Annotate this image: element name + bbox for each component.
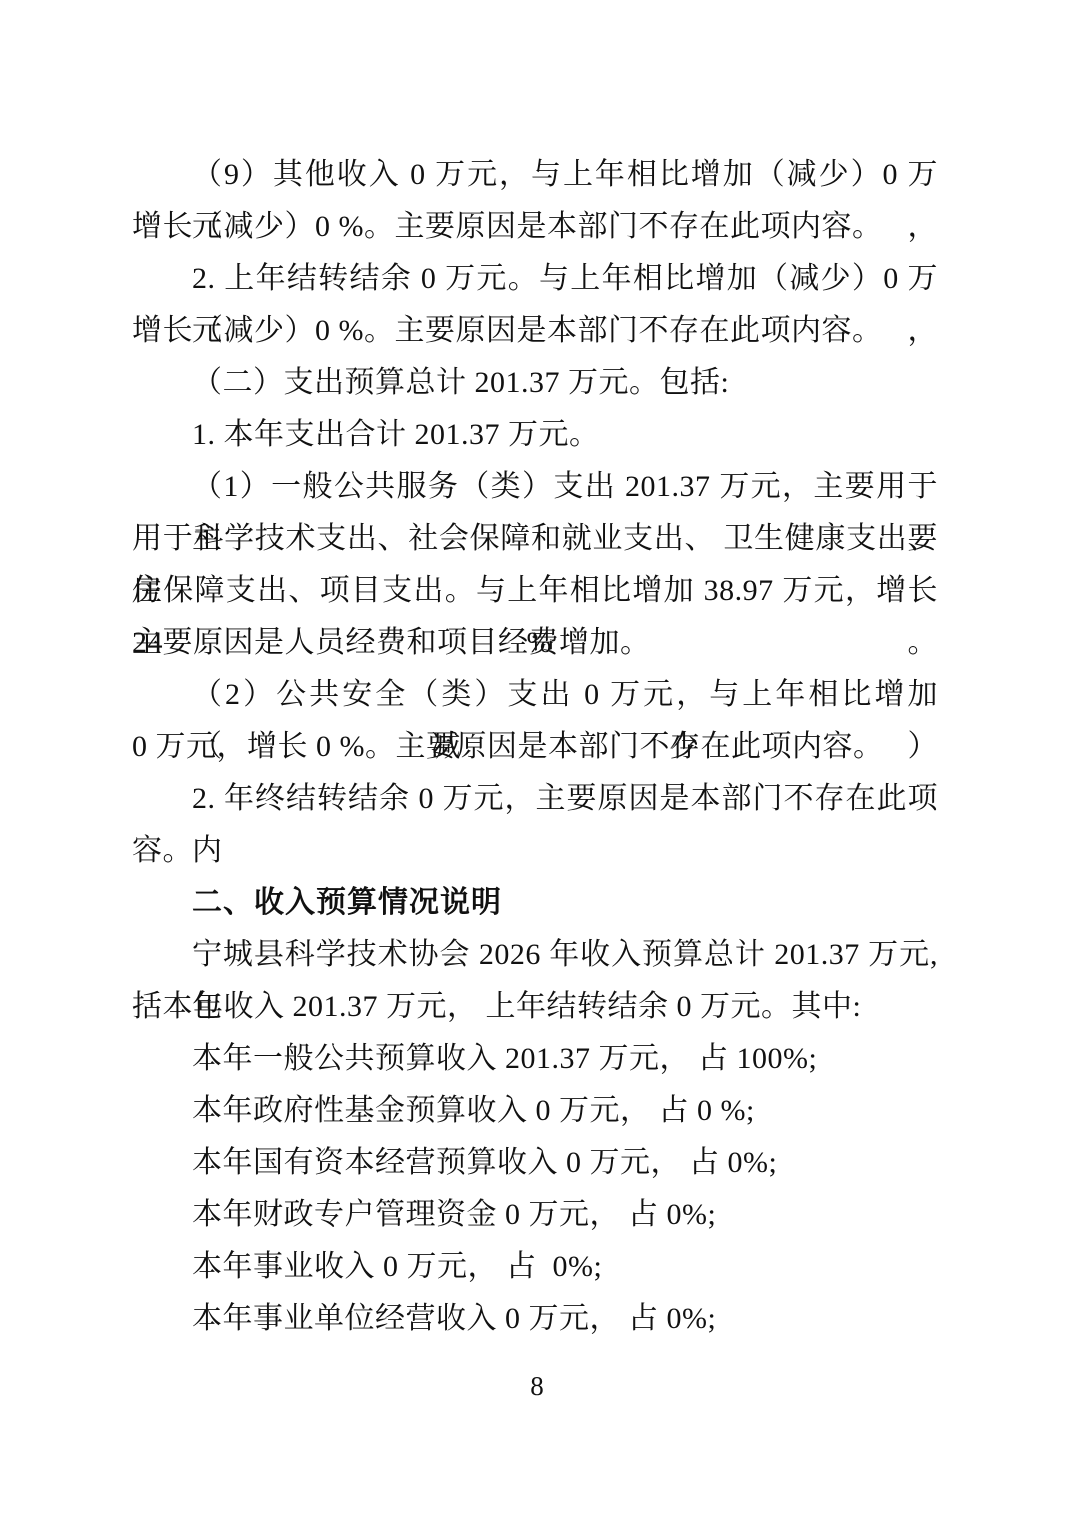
paragraph-year-end-carryover-line1: 2. 年终结转结余 0 万元，主要原因是本部门不存在此项内 <box>132 773 938 825</box>
paragraph-other-income-line2: 增长（减少）0 %。主要原因是本部门不存在此项内容。 <box>132 201 938 253</box>
paragraph-public-security-line1: （2）公共安全（类）支出 0 万元，与上年相比增加（减少） <box>132 669 938 721</box>
paragraph-expenditure-total: （二）支出预算总计 201.37 万元。包括: <box>132 357 938 409</box>
item-fiscal-special-account-funds: 本年财政专户管理资金 0 万元， 占 0%; <box>132 1189 938 1241</box>
document-body: （9）其他收入 0 万元，与上年相比增加（减少）0 万元， 增长（减少）0 %。… <box>132 149 938 1345</box>
paragraph-expenditure-current-year: 1. 本年支出合计 201.37 万元。 <box>132 409 938 461</box>
item-general-public-budget-income: 本年一般公共预算收入 201.37 万元， 占 100%; <box>132 1033 938 1085</box>
section-heading-income-budget: 二、收入预算情况说明 <box>132 877 938 929</box>
paragraph-public-security-line2: 0 万元，增长 0 %。主要原因是本部门不存在此项内容。 <box>132 721 938 773</box>
paragraph-public-service-line2: 用于科学技术支出、社会保障和就业支出、 卫生健康支出、住 <box>132 513 938 565</box>
item-institution-income: 本年事业收入 0 万元， 占 0%; <box>132 1241 938 1293</box>
item-institution-operating-income: 本年事业单位经营收入 0 万元， 占 0%; <box>132 1293 938 1345</box>
paragraph-year-end-carryover-line2: 容。 <box>132 825 938 877</box>
item-state-capital-income: 本年国有资本经营预算收入 0 万元， 占 0%; <box>132 1137 938 1189</box>
item-government-fund-income: 本年政府性基金预算收入 0 万元， 占 0 %; <box>132 1085 938 1137</box>
paragraph-carryover-line2: 增长（减少）0 %。主要原因是本部门不存在此项内容。 <box>132 305 938 357</box>
paragraph-income-total-line1: 宁城县科学技术协会 2026 年收入预算总计 201.37 万元,包 <box>132 929 938 981</box>
paragraph-public-service-line1: （1）一般公共服务（类）支出 201.37 万元，主要用于主要 <box>132 461 938 513</box>
paragraph-other-income-line1: （9）其他收入 0 万元，与上年相比增加（减少）0 万元， <box>132 149 938 201</box>
paragraph-public-service-line3: 房保障支出、项目支出。与上年相比增加 38.97 万元，增长 24 %。 <box>132 565 938 617</box>
paragraph-income-total-line2: 括本年收入 201.37 万元， 上年结转结余 0 万元。其中: <box>132 981 938 1033</box>
page-number: 8 <box>0 1366 1074 1406</box>
document-page: （9）其他收入 0 万元，与上年相比增加（减少）0 万元， 增长（减少）0 %。… <box>0 0 1074 1520</box>
paragraph-carryover-line1: 2. 上年结转结余 0 万元。与上年相比增加（减少）0 万元， <box>132 253 938 305</box>
